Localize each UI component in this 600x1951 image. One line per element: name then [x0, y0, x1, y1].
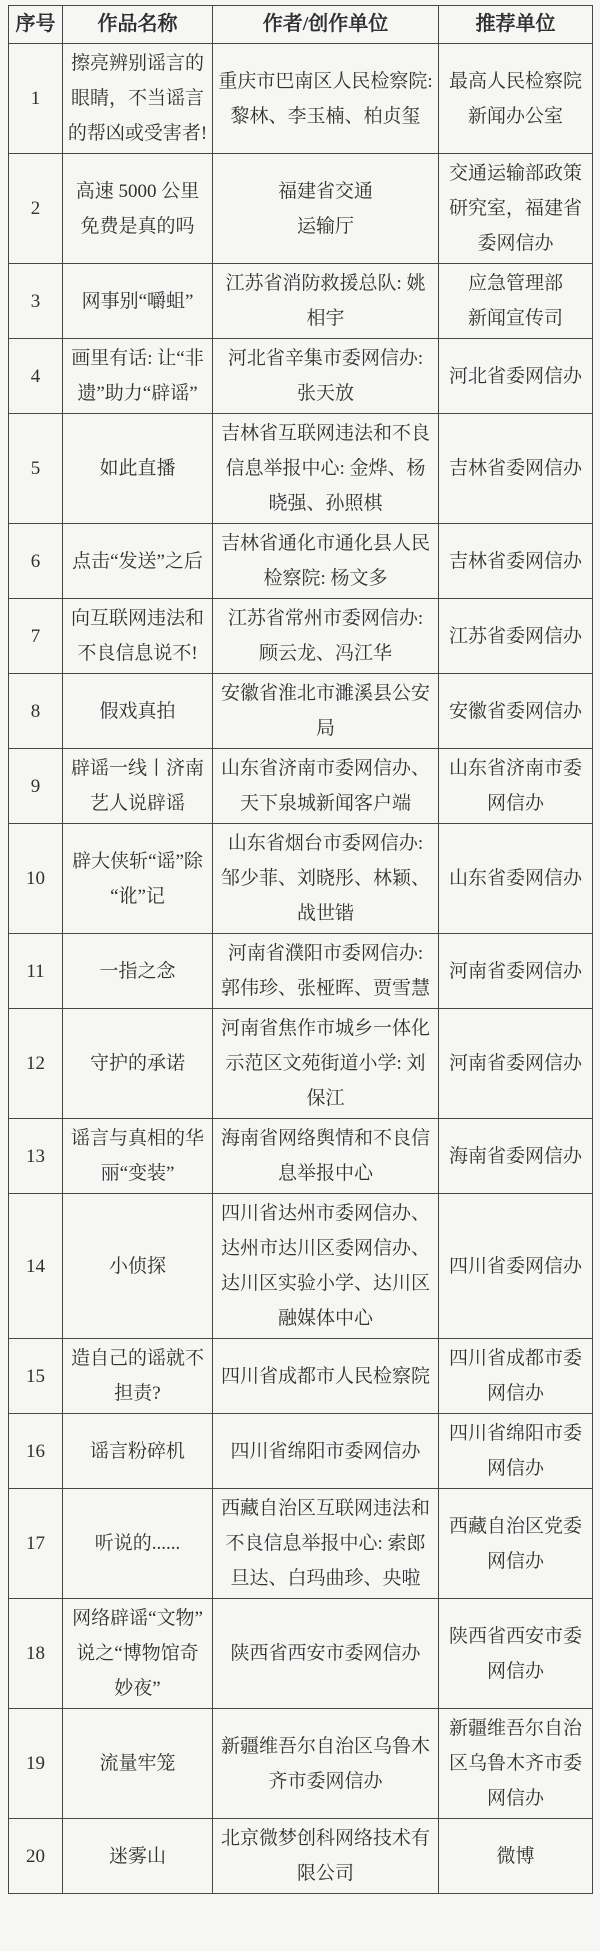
cell-recommender: 江苏省委网信办	[439, 599, 593, 674]
cell-no: 4	[9, 339, 63, 414]
cell-author: 吉林省互联网违法和不良信息举报中心: 金烨、杨晓强、孙照棋	[213, 414, 439, 524]
cell-author: 四川省成都市人民检察院	[213, 1339, 439, 1414]
cell-title: 一指之念	[63, 934, 213, 1009]
cell-title: 画里有话: 让“非遗”助力“辟谣”	[63, 339, 213, 414]
table-row: 17听说的......西藏自治区互联网违法和不良信息举报中心: 索郎旦达、白玛曲…	[9, 1489, 593, 1599]
table-row: 7向互联网违法和不良信息说不!江苏省常州市委网信办: 顾云龙、冯江华江苏省委网信…	[9, 599, 593, 674]
cell-title: 擦亮辨别谣言的眼睛，不当谣言的帮凶或受害者!	[63, 44, 213, 154]
table-row: 14小侦探四川省达州市委网信办、达州市达川区委网信办、达川区实验小学、达川区融媒…	[9, 1194, 593, 1339]
cell-author: 河北省辛集市委网信办: 张天放	[213, 339, 439, 414]
cell-title: 如此直播	[63, 414, 213, 524]
table-row: 8假戏真拍安徽省淮北市濉溪县公安局安徽省委网信办	[9, 674, 593, 749]
cell-title: 守护的承诺	[63, 1009, 213, 1119]
cell-title: 网事别“嚼蛆”	[63, 264, 213, 339]
cell-recommender: 交通运输部政策研究室，福建省委网信办	[439, 154, 593, 264]
cell-author: 福建省交通 运输厅	[213, 154, 439, 264]
cell-author: 河南省濮阳市委网信办: 郭伟珍、张桠晖、贾雪慧	[213, 934, 439, 1009]
cell-recommender: 河南省委网信办	[439, 1009, 593, 1119]
cell-author: 山东省烟台市委网信办: 邹少菲、刘晓彤、林颖、战世锴	[213, 824, 439, 934]
cell-recommender: 新疆维吾尔自治区乌鲁木齐市委网信办	[439, 1709, 593, 1819]
col-header-title: 作品名称	[63, 6, 213, 44]
cell-no: 14	[9, 1194, 63, 1339]
cell-title: 造自己的谣就不担责?	[63, 1339, 213, 1414]
cell-title: 流量牢笼	[63, 1709, 213, 1819]
cell-title: 辟谣一线丨济南艺人说辟谣	[63, 749, 213, 824]
cell-no: 16	[9, 1414, 63, 1489]
cell-no: 17	[9, 1489, 63, 1599]
cell-no: 6	[9, 524, 63, 599]
cell-no: 12	[9, 1009, 63, 1119]
cell-author: 新疆维吾尔自治区乌鲁木齐市委网信办	[213, 1709, 439, 1819]
document-page: 序号 作品名称 作者/创作单位 推荐单位 1擦亮辨别谣言的眼睛，不当谣言的帮凶或…	[0, 0, 600, 1951]
cell-recommender: 山东省委网信办	[439, 824, 593, 934]
table-row: 12守护的承诺河南省焦作市城乡一体化示范区文苑街道小学: 刘保江河南省委网信办	[9, 1009, 593, 1119]
table-body: 1擦亮辨别谣言的眼睛，不当谣言的帮凶或受害者!重庆市巴南区人民检察院: 黎林、李…	[9, 44, 593, 1894]
cell-recommender: 安徽省委网信办	[439, 674, 593, 749]
cell-title: 听说的......	[63, 1489, 213, 1599]
cell-recommender: 河南省委网信办	[439, 934, 593, 1009]
table-row: 4画里有话: 让“非遗”助力“辟谣”河北省辛集市委网信办: 张天放河北省委网信办	[9, 339, 593, 414]
cell-recommender: 四川省委网信办	[439, 1194, 593, 1339]
cell-recommender: 四川省成都市委 网信办	[439, 1339, 593, 1414]
cell-no: 9	[9, 749, 63, 824]
cell-recommender: 海南省委网信办	[439, 1119, 593, 1194]
table-row: 6点击“发送”之后吉林省通化市通化县人民检察院: 杨文多吉林省委网信办	[9, 524, 593, 599]
table-row: 15造自己的谣就不担责?四川省成都市人民检察院四川省成都市委 网信办	[9, 1339, 593, 1414]
table-row: 5如此直播吉林省互联网违法和不良信息举报中心: 金烨、杨晓强、孙照棋吉林省委网信…	[9, 414, 593, 524]
cell-no: 3	[9, 264, 63, 339]
cell-no: 13	[9, 1119, 63, 1194]
table-row: 11一指之念河南省濮阳市委网信办: 郭伟珍、张桠晖、贾雪慧河南省委网信办	[9, 934, 593, 1009]
cell-author: 安徽省淮北市濉溪县公安局	[213, 674, 439, 749]
cell-no: 19	[9, 1709, 63, 1819]
cell-recommender: 西藏自治区党委 网信办	[439, 1489, 593, 1599]
cell-recommender: 山东省济南市委 网信办	[439, 749, 593, 824]
cell-title: 向互联网违法和不良信息说不!	[63, 599, 213, 674]
cell-title: 辟大侠斩“谣”除“讹”记	[63, 824, 213, 934]
cell-no: 8	[9, 674, 63, 749]
cell-author: 山东省济南市委网信办、天下泉城新闻客户端	[213, 749, 439, 824]
cell-recommender: 吉林省委网信办	[439, 524, 593, 599]
awards-table: 序号 作品名称 作者/创作单位 推荐单位 1擦亮辨别谣言的眼睛，不当谣言的帮凶或…	[8, 5, 593, 1894]
cell-author: 四川省达州市委网信办、达州市达川区委网信办、达川区实验小学、达川区融媒体中心	[213, 1194, 439, 1339]
cell-recommender: 河北省委网信办	[439, 339, 593, 414]
cell-author: 吉林省通化市通化县人民检察院: 杨文多	[213, 524, 439, 599]
cell-no: 15	[9, 1339, 63, 1414]
cell-title: 小侦探	[63, 1194, 213, 1339]
cell-author: 重庆市巴南区人民检察院: 黎林、李玉楠、柏贞玺	[213, 44, 439, 154]
table-row: 19流量牢笼新疆维吾尔自治区乌鲁木齐市委网信办新疆维吾尔自治区乌鲁木齐市委网信办	[9, 1709, 593, 1819]
cell-author: 江苏省常州市委网信办: 顾云龙、冯江华	[213, 599, 439, 674]
cell-no: 7	[9, 599, 63, 674]
cell-title: 迷雾山	[63, 1819, 213, 1894]
cell-title: 谣言与真相的华丽“变装”	[63, 1119, 213, 1194]
table-row: 3网事别“嚼蛆”江苏省消防救援总队: 姚相宇应急管理部 新闻宣传司	[9, 264, 593, 339]
cell-no: 10	[9, 824, 63, 934]
cell-title: 点击“发送”之后	[63, 524, 213, 599]
cell-recommender: 最高人民检察院 新闻办公室	[439, 44, 593, 154]
cell-no: 2	[9, 154, 63, 264]
table-row: 2高速 5000 公里免费是真的吗福建省交通 运输厅交通运输部政策研究室，福建省…	[9, 154, 593, 264]
cell-title: 谣言粉碎机	[63, 1414, 213, 1489]
cell-no: 5	[9, 414, 63, 524]
cell-recommender: 微博	[439, 1819, 593, 1894]
cell-title: 高速 5000 公里免费是真的吗	[63, 154, 213, 264]
cell-author: 江苏省消防救援总队: 姚相宇	[213, 264, 439, 339]
cell-author: 北京微梦创科网络技术有限公司	[213, 1819, 439, 1894]
cell-author: 陕西省西安市委网信办	[213, 1599, 439, 1709]
col-header-no: 序号	[9, 6, 63, 44]
cell-author: 西藏自治区互联网违法和不良信息举报中心: 索郎旦达、白玛曲珍、央啦	[213, 1489, 439, 1599]
cell-no: 1	[9, 44, 63, 154]
cell-recommender: 四川省绵阳市委 网信办	[439, 1414, 593, 1489]
header-row: 序号 作品名称 作者/创作单位 推荐单位	[9, 6, 593, 44]
table-row: 16谣言粉碎机四川省绵阳市委网信办四川省绵阳市委 网信办	[9, 1414, 593, 1489]
cell-title: 假戏真拍	[63, 674, 213, 749]
cell-title: 网络辟谣“文物”说之“博物馆奇妙夜”	[63, 1599, 213, 1709]
table-row: 13谣言与真相的华丽“变装”海南省网络舆情和不良信息举报中心海南省委网信办	[9, 1119, 593, 1194]
cell-author: 海南省网络舆情和不良信息举报中心	[213, 1119, 439, 1194]
cell-author: 河南省焦作市城乡一体化示范区文苑街道小学: 刘保江	[213, 1009, 439, 1119]
cell-recommender: 吉林省委网信办	[439, 414, 593, 524]
table-row: 20迷雾山北京微梦创科网络技术有限公司微博	[9, 1819, 593, 1894]
cell-author: 四川省绵阳市委网信办	[213, 1414, 439, 1489]
cell-recommender: 陕西省西安市委 网信办	[439, 1599, 593, 1709]
col-header-recommender: 推荐单位	[439, 6, 593, 44]
cell-no: 20	[9, 1819, 63, 1894]
table-row: 18网络辟谣“文物”说之“博物馆奇妙夜”陕西省西安市委网信办陕西省西安市委 网信…	[9, 1599, 593, 1709]
cell-no: 18	[9, 1599, 63, 1709]
col-header-author: 作者/创作单位	[213, 6, 439, 44]
cell-recommender: 应急管理部 新闻宣传司	[439, 264, 593, 339]
table-row: 1擦亮辨别谣言的眼睛，不当谣言的帮凶或受害者!重庆市巴南区人民检察院: 黎林、李…	[9, 44, 593, 154]
table-row: 9辟谣一线丨济南艺人说辟谣山东省济南市委网信办、天下泉城新闻客户端山东省济南市委…	[9, 749, 593, 824]
table-row: 10辟大侠斩“谣”除“讹”记山东省烟台市委网信办: 邹少菲、刘晓彤、林颖、战世锴…	[9, 824, 593, 934]
cell-no: 11	[9, 934, 63, 1009]
